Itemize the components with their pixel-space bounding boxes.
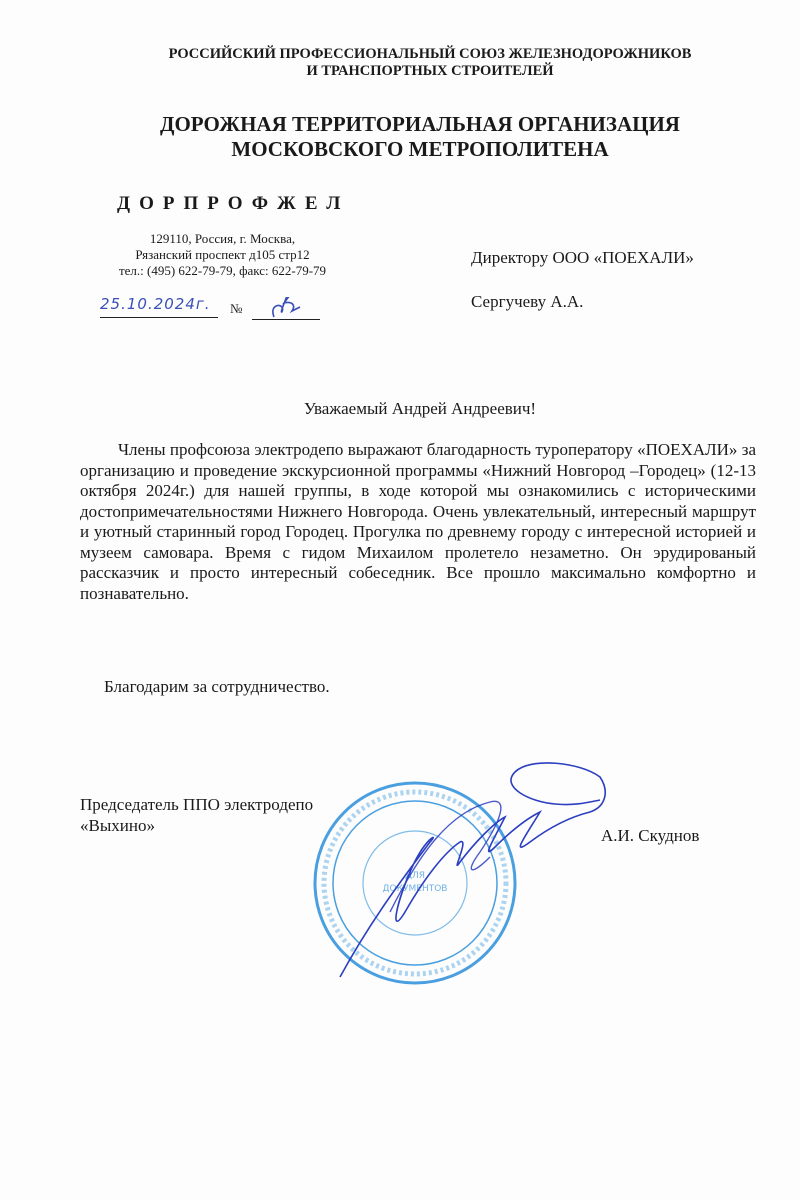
organization-short-name: ДОРПРОФЖЕЛ [117, 193, 349, 215]
union-line-2: И ТРАНСПОРТНЫХ СТРОИТЕЛЕЙ [60, 63, 800, 80]
contacts-line: тел.: (495) 622-79-79, факс: 622-79-79 [95, 263, 350, 279]
closing-line: Благодарим за сотрудничество. [104, 677, 330, 697]
number-label: № [230, 301, 242, 317]
organization-header: ДОРОЖНАЯ ТЕРРИТОРИАЛЬНАЯ ОРГАНИЗАЦИЯ МОС… [0, 112, 800, 162]
signatory-name: А.И. Скуднов [601, 826, 699, 846]
recipient-position: Директору ООО «ПОЕХАЛИ» [471, 248, 694, 268]
org-line-2: МОСКОВСКОГО МЕТРОПОЛИТЕНА [40, 137, 800, 162]
signatory-role: Председатель ППО электродепо «Выхино» [80, 794, 313, 836]
handwritten-date: 25.10.2024г. [100, 295, 218, 318]
union-header: РОССИЙСКИЙ ПРОФЕССИОНАЛЬНЫЙ СОЮЗ ЖЕЛЕЗНО… [0, 46, 800, 80]
handwritten-number [252, 297, 320, 320]
handwritten-signature [330, 762, 630, 987]
letter-body: Члены профсоюза электродепо выражают бла… [80, 440, 756, 604]
handwritten-number-icon [252, 297, 320, 319]
signature-scribble-icon [330, 762, 630, 982]
recipient-name: Сергучеву А.А. [471, 292, 583, 312]
address-line-1: 129110, Россия, г. Москва, [95, 231, 350, 247]
role-line-1: Председатель ППО электродепо [80, 794, 313, 815]
org-line-1: ДОРОЖНАЯ ТЕРРИТОРИАЛЬНАЯ ОРГАНИЗАЦИЯ [40, 112, 800, 137]
role-line-2: «Выхино» [80, 815, 313, 836]
union-line-1: РОССИЙСКИЙ ПРОФЕССИОНАЛЬНЫЙ СОЮЗ ЖЕЛЕЗНО… [60, 46, 800, 63]
sender-address: 129110, Россия, г. Москва, Рязанский про… [95, 231, 350, 279]
greeting: Уважаемый Андрей Андреевич! [0, 399, 800, 419]
address-line-2: Рязанский проспект д105 стр12 [95, 247, 350, 263]
